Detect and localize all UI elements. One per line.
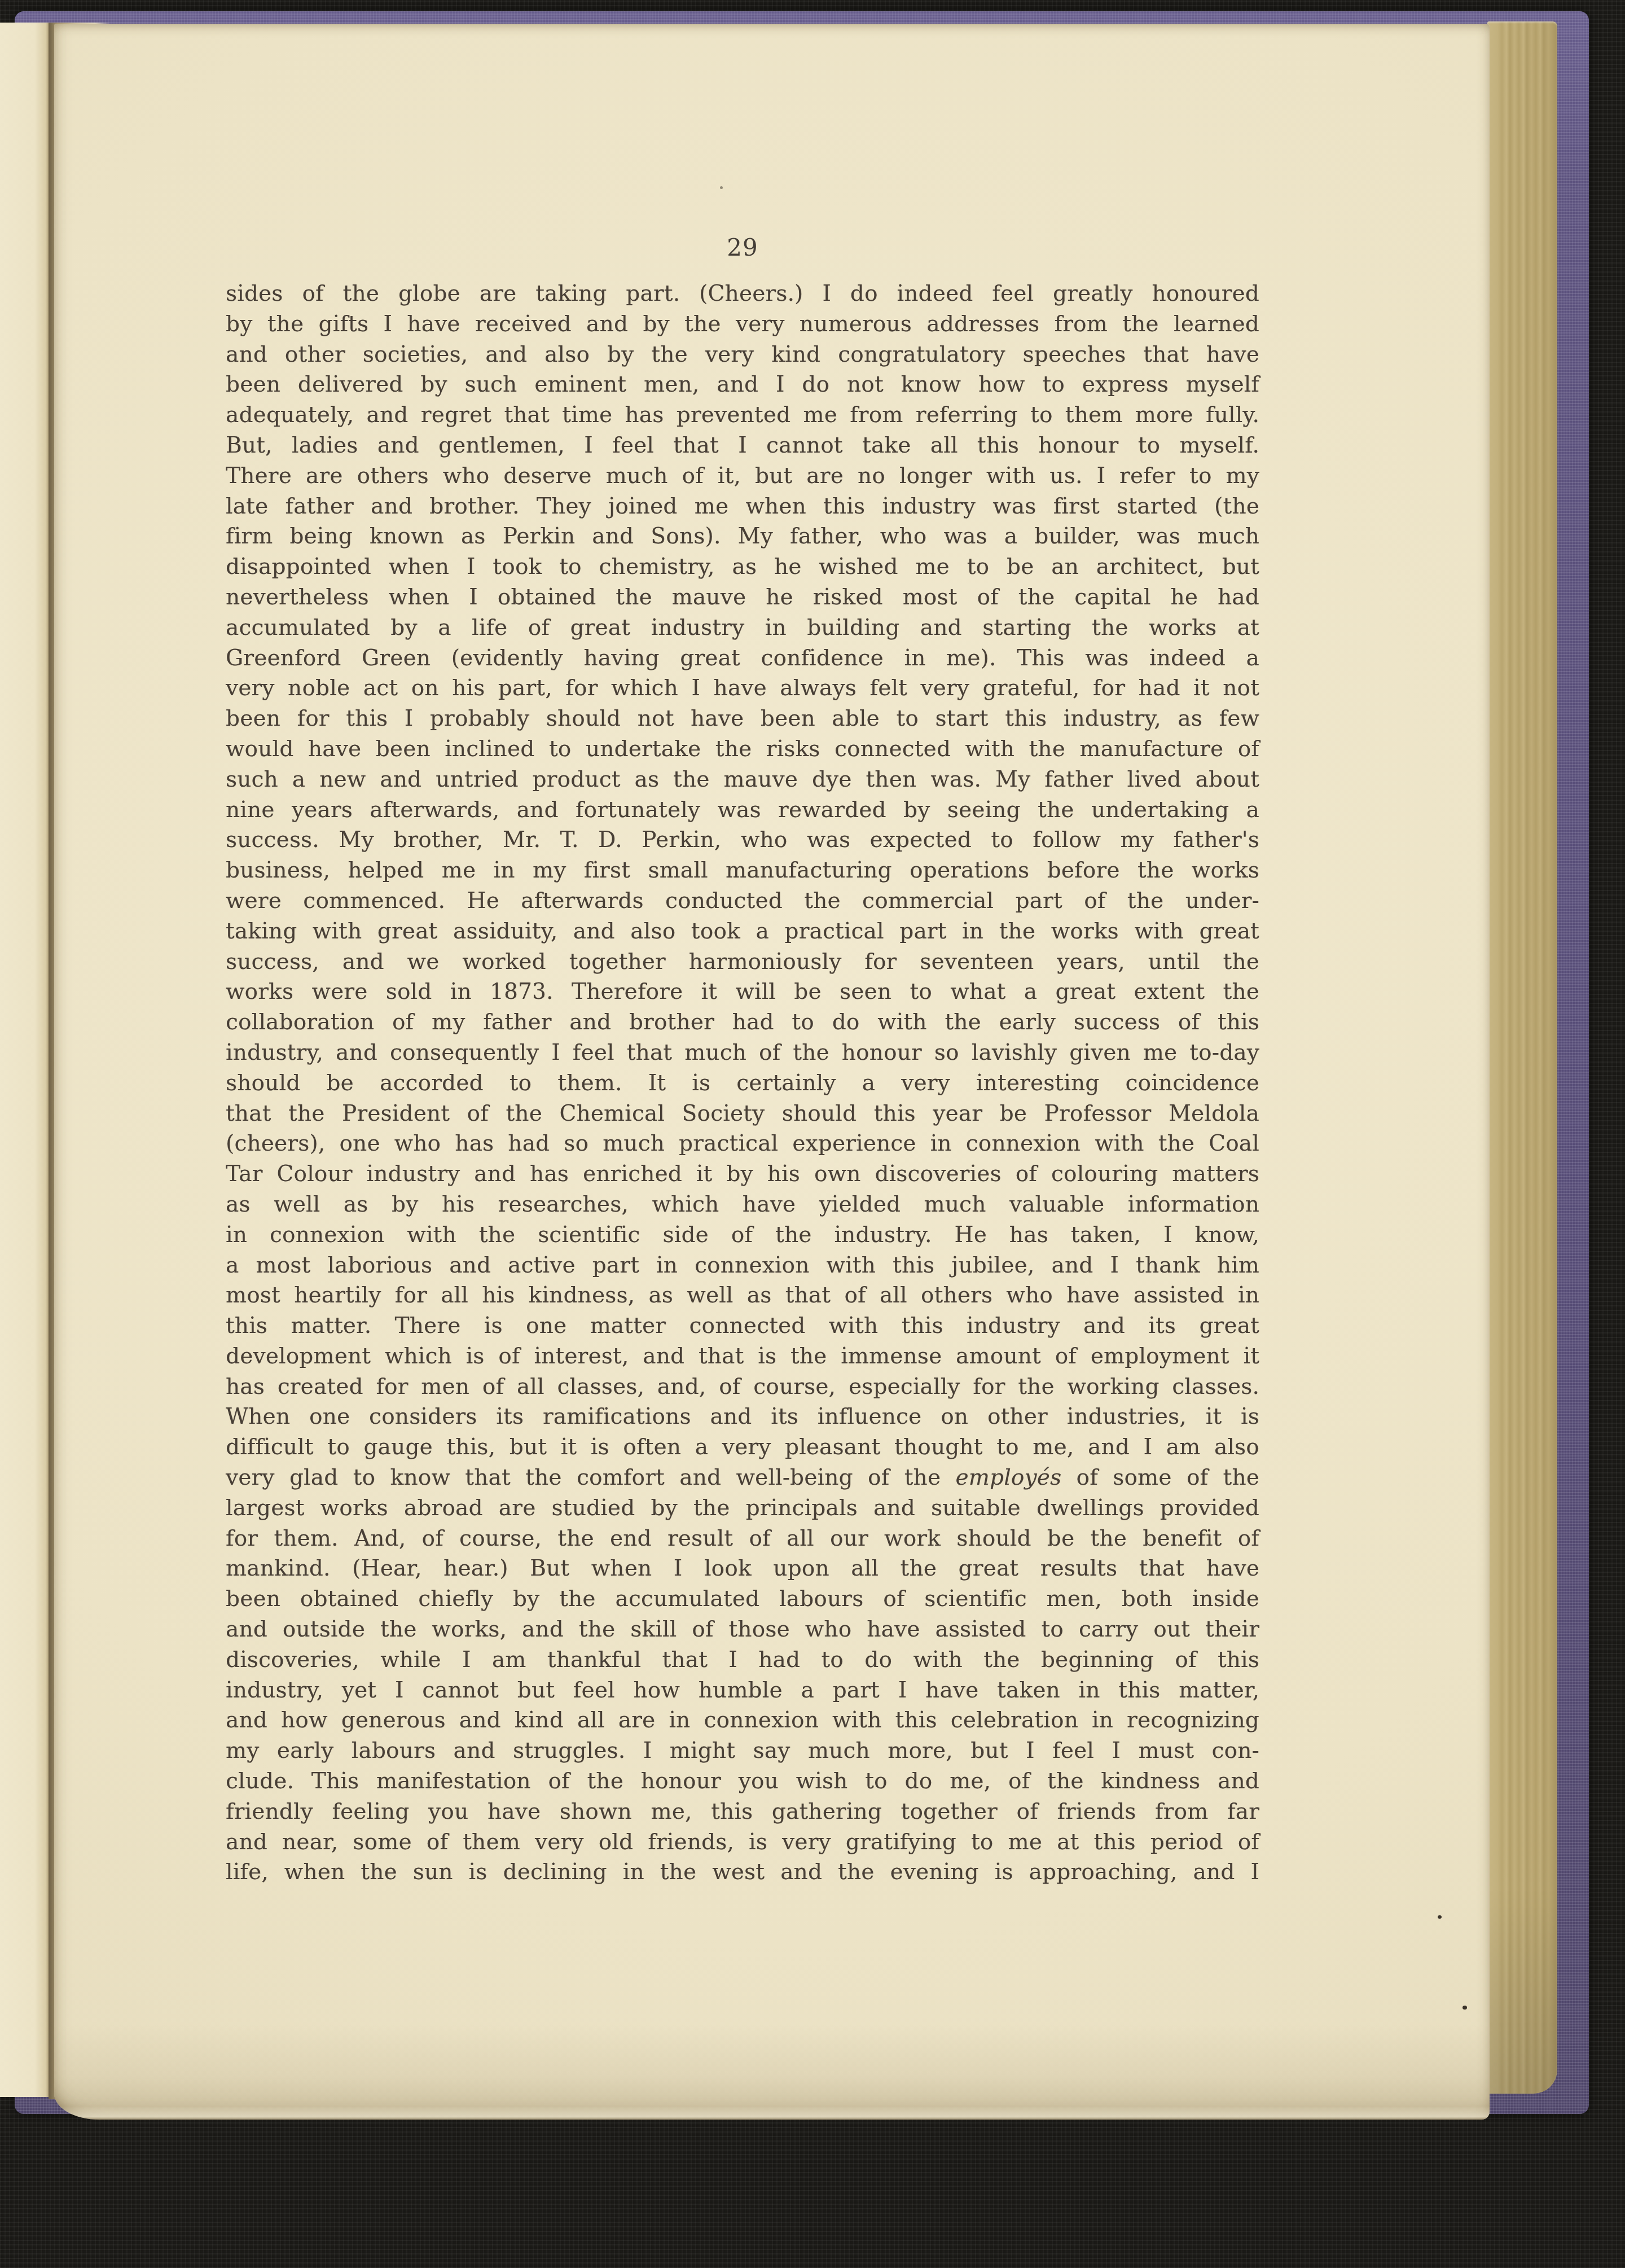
book-page: 29 sides of the globe are taking part. (… [54, 24, 1490, 2120]
text-line: difficult to gauge this, but it is often… [226, 1432, 1259, 1463]
text-line: success, and we worked together harmonio… [226, 947, 1259, 977]
text-line: most heartily for all his kindness, as w… [226, 1280, 1259, 1311]
text-line: that the President of the Chemical Socie… [226, 1099, 1259, 1129]
text-line: success. My brother, Mr. T. D. Perkin, w… [226, 825, 1259, 856]
text-block: sides of the globe are taking part. (Che… [226, 279, 1259, 1888]
text-line: my early labours and struggles. I might … [226, 1736, 1259, 1766]
scanned-book-photo: 29 sides of the globe are taking part. (… [0, 0, 1625, 2268]
text-line: would have been inclined to undertake th… [226, 734, 1259, 765]
text-line: such a new and untried product as the ma… [226, 765, 1259, 795]
text-line: taking with great assiduity, and also to… [226, 916, 1259, 947]
text-line: should be accorded to them. It is certai… [226, 1068, 1259, 1099]
text-line: as well as by his researches, which have… [226, 1190, 1259, 1220]
previous-page-edge [0, 23, 50, 2097]
text-line: and outside the works, and the skill of … [226, 1615, 1259, 1645]
text-line: in connexion with the scientific side of… [226, 1220, 1259, 1251]
text-line: collaboration of my father and brother h… [226, 1007, 1259, 1038]
text-line: business, helped me in my first small ma… [226, 856, 1259, 886]
text-line: works were sold in 1873. Therefore it wi… [226, 977, 1259, 1007]
text-line: and other societies, and also by the ver… [226, 340, 1259, 370]
text-line: been for this I probably should not have… [226, 704, 1259, 734]
ink-speck [720, 186, 723, 189]
text-line: clude. This manifestation of the honour … [226, 1766, 1259, 1797]
text-line: for them. And, of course, the end result… [226, 1524, 1259, 1554]
page-bottom-curl-shadow [54, 2024, 1490, 2120]
text-line: accumulated by a life of great industry … [226, 613, 1259, 643]
text-line: But, ladies and gentlemen, I feel that I… [226, 431, 1259, 461]
text-line: disappointed when I took to chemistry, a… [226, 552, 1259, 582]
ink-speck [1463, 2006, 1467, 2010]
text-line: adequately, and regret that time has pre… [226, 400, 1259, 431]
text-line: sides of the globe are taking part. (Che… [226, 279, 1259, 309]
text-line: nine years afterwards, and fortunately w… [226, 795, 1259, 826]
text-line: Greenford Green (evidently having great … [226, 643, 1259, 674]
text-line: very noble act on his part, for which I … [226, 673, 1259, 704]
text-line: this matter. There is one matter connect… [226, 1311, 1259, 1341]
text-line: very glad to know that the comfort and w… [226, 1463, 1259, 1493]
text-line: life, when the sun is declining in the w… [226, 1857, 1259, 1888]
ink-speck [1438, 1915, 1442, 1919]
text-line: nevertheless when I obtained the mauve h… [226, 582, 1259, 613]
text-line: There are others who deserve much of it,… [226, 461, 1259, 492]
text-line: and how generous and kind all are in con… [226, 1705, 1259, 1736]
text-line: largest works abroad are studied by the … [226, 1493, 1259, 1524]
text-line: late father and brother. They joined me … [226, 492, 1259, 522]
text-line: by the gifts I have received and by the … [226, 309, 1259, 340]
text-line: were commenced. He afterwards conducted … [226, 886, 1259, 916]
text-line: When one considers its ramifications and… [226, 1402, 1259, 1432]
text-line: has created for men of all classes, and,… [226, 1372, 1259, 1402]
text-line: friendly feeling you have shown me, this… [226, 1797, 1259, 1827]
text-line: (cheers), one who has had so much practi… [226, 1129, 1259, 1159]
text-line: a most laborious and active part in conn… [226, 1251, 1259, 1281]
text-line: Tar Colour industry and has enriched it … [226, 1159, 1259, 1190]
text-line: been delivered by such eminent men, and … [226, 370, 1259, 400]
text-line: mankind. (Hear, hear.) But when I look u… [226, 1554, 1259, 1584]
text-line: industry, and consequently I feel that m… [226, 1038, 1259, 1068]
text-line: firm being known as Perkin and Sons). My… [226, 521, 1259, 552]
text-line: industry, yet I cannot but feel how humb… [226, 1675, 1259, 1706]
text-line: development which is of interest, and th… [226, 1341, 1259, 1372]
text-line: and near, some of them very old friends,… [226, 1827, 1259, 1858]
text-line: discoveries, while I am thankful that I … [226, 1645, 1259, 1675]
text-line: been obtained chiefly by the accumulated… [226, 1584, 1259, 1615]
page-number: 29 [226, 234, 1259, 261]
page-stack-fore-edges [1487, 21, 1557, 2094]
